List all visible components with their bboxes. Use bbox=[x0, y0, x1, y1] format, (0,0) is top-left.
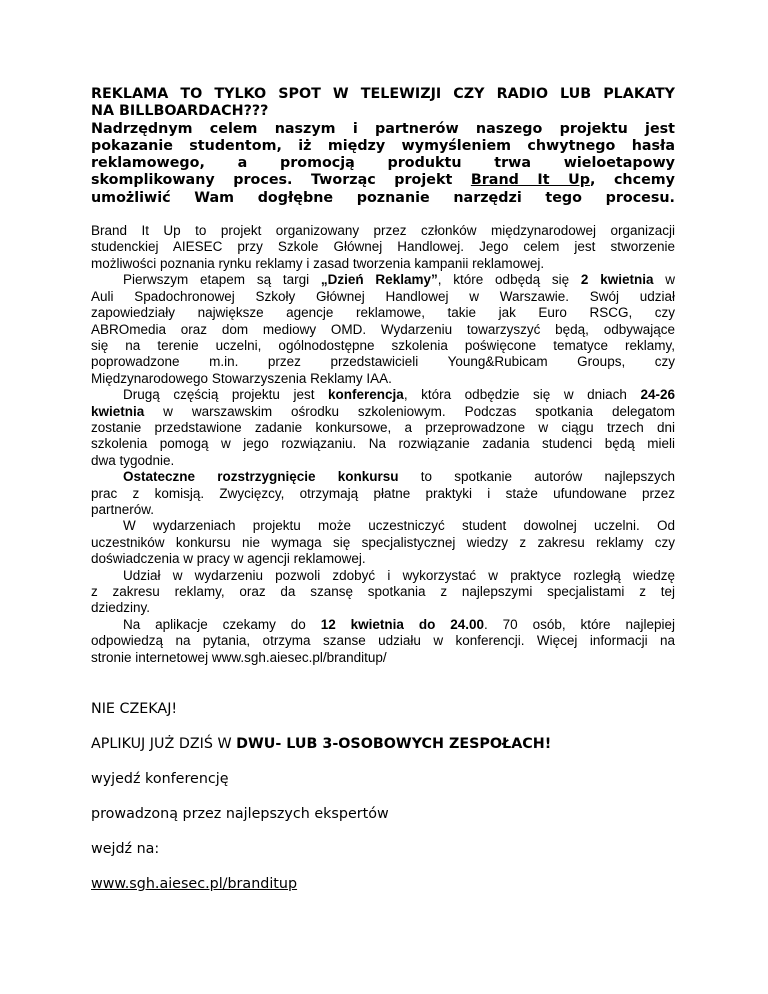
text-segment: „Dzień Reklamy” bbox=[321, 272, 438, 287]
text-segment: dziedziny. bbox=[91, 600, 150, 615]
body-paragraph-aplikacje-line: Na aplikacje czekamy do 12 kwietnia do 2… bbox=[91, 617, 675, 633]
text-segment: Auli Spadochronowej Szkoły Głównej Handl… bbox=[91, 289, 675, 304]
text-segment: zapowiedziały największe agencje reklamo… bbox=[91, 305, 675, 320]
lead-paragraph: Nadrzędnym celem naszym i partnerów nasz… bbox=[91, 121, 675, 207]
body-paragraph-udzial-line: dziedziny. bbox=[91, 600, 675, 616]
body-paragraph-targi-line: Pierwszym etapem są targi „Dzień Reklamy… bbox=[91, 272, 675, 288]
body-paragraph-targi-line: ABROmedia oraz dom mediowy OMD. Wydarzen… bbox=[91, 322, 675, 338]
text-segment: 2 kwietnia bbox=[581, 272, 654, 287]
lead-paragraph-line: umożliwić Wam dogłębne poznanie narzędzi… bbox=[91, 190, 675, 207]
text-segment: ABROmedia oraz dom mediowy OMD. Wydarzen… bbox=[91, 322, 675, 337]
text-segment: W wydarzeniach projektu może uczestniczy… bbox=[123, 518, 675, 533]
text-segment: Ostateczne rozstrzygnięcie konkursu bbox=[123, 469, 399, 484]
body-paragraph-konferencja-line: kwietnia w warszawskim ośrodku szkolenio… bbox=[91, 404, 675, 420]
text-segment: umożliwić Wam dogłębne poznanie narzędzi… bbox=[91, 190, 675, 206]
body-paragraph-udzial-line: Udział w wydarzeniu pozwoli zdobyć i wyk… bbox=[91, 568, 675, 584]
body-paragraph-targi-line: poprowadzone m.in. przez przedstawicieli… bbox=[91, 354, 675, 370]
text-segment: z zakresu reklamy, oraz da szansę spotka… bbox=[91, 584, 675, 599]
text-segment: to spotkanie autorów najlepszych bbox=[399, 469, 675, 484]
body-paragraph-intro-line: Brand It Up to projekt organizowany prze… bbox=[91, 223, 675, 239]
body-paragraph-targi-line: Międzynarodowego Stowarzyszenia Reklamy … bbox=[91, 371, 675, 387]
text-segment: Pierwszym etapem są targi bbox=[123, 272, 321, 287]
body-paragraph-aplikacje-line: odpowiedzą na pytania, otrzyma szanse ud… bbox=[91, 633, 675, 649]
outro-nie-czekaj: NIE CZEKAJ! bbox=[91, 701, 675, 719]
body-paragraph-rozstrzygniecie: Ostateczne rozstrzygnięcie konkursu to s… bbox=[91, 469, 675, 518]
body-paragraph-konferencja-line: Drugą częścią projektu jest konferencja,… bbox=[91, 387, 675, 403]
body-paragraph-aplikacje: Na aplikacje czekamy do 12 kwietnia do 2… bbox=[91, 617, 675, 666]
text-segment: REKLAMA TO TYLKO SPOT W TELEWIZJI CZY RA… bbox=[91, 86, 675, 102]
text-segment: reklamowego, a promocją produktu trwa wi… bbox=[91, 155, 675, 171]
text-segment: Nadrzędnym celem naszym i partnerów nasz… bbox=[91, 121, 675, 137]
body-paragraph-targi-line: zapowiedziały największe agencje reklamo… bbox=[91, 305, 675, 321]
body-paragraph-uczestnictwo: W wydarzeniach projektu może uczestniczy… bbox=[91, 518, 675, 567]
text-segment: możliwości poznania rynku reklamy i zasa… bbox=[91, 256, 544, 271]
text-segment: NIE CZEKAJ! bbox=[91, 701, 177, 717]
body-paragraph-konferencja-line: zostanie przedstawione zadanie konkursow… bbox=[91, 420, 675, 436]
text-segment: prac z komisją. Zwycięzcy, otrzymają pła… bbox=[91, 486, 675, 501]
body-paragraph-uczestnictwo-line: uczestników konkursu nie wymaga się spec… bbox=[91, 535, 675, 551]
body-paragraph-intro: Brand It Up to projekt organizowany prze… bbox=[91, 223, 675, 272]
headline-line: NA BILLBOARDACH??? bbox=[91, 103, 675, 120]
text-segment: Udział w wydarzeniu pozwoli zdobyć i wyk… bbox=[123, 568, 675, 583]
body-paragraph-targi: Pierwszym etapem są targi „Dzień Reklamy… bbox=[91, 272, 675, 387]
text-segment: Na aplikacje czekamy do bbox=[123, 617, 321, 632]
text-segment: się na terenie uczelni, ogólnodostępne s… bbox=[91, 338, 675, 353]
outro-prowadzona: prowadzoną przez najlepszych ekspertów bbox=[91, 806, 675, 824]
lead-paragraph-line: pokazanie studentom, iż między wymyśleni… bbox=[91, 138, 675, 155]
text-segment: , chcemy bbox=[590, 172, 675, 188]
text-segment: , które odbędą się bbox=[438, 272, 581, 287]
text-segment: . 70 osób, które najlepiej bbox=[484, 617, 675, 632]
text-segment: Brand It Up to projekt organizowany prze… bbox=[91, 223, 675, 238]
text-segment: zostanie przedstawione zadanie konkursow… bbox=[91, 420, 675, 435]
text-segment: APLIKUJ JUŻ DZIŚ W bbox=[91, 736, 236, 752]
body-paragraph-intro-line: studenckiej AIESEC przy Szkole Głównej H… bbox=[91, 239, 675, 255]
document-page: REKLAMA TO TYLKO SPOT W TELEWIZJI CZY RA… bbox=[0, 0, 768, 994]
body-paragraph-rozstrzygniecie-line: prac z komisją. Zwycięzcy, otrzymają pła… bbox=[91, 486, 675, 502]
outro-wejdz-na: wejdź na: bbox=[91, 841, 675, 859]
text-segment: kwietnia bbox=[91, 404, 144, 419]
body-paragraph-intro-line: możliwości poznania rynku reklamy i zasa… bbox=[91, 256, 675, 272]
text-segment: stronie internetowej www.sgh.aiesec.pl/b… bbox=[91, 650, 387, 665]
body-paragraph-udzial-line: z zakresu reklamy, oraz da szansę spotka… bbox=[91, 584, 675, 600]
text-segment: Międzynarodowego Stowarzyszenia Reklamy … bbox=[91, 371, 392, 386]
lead-paragraph-line: reklamowego, a promocją produktu trwa wi… bbox=[91, 155, 675, 172]
outro-link-line: www.sgh.aiesec.pl/branditup bbox=[91, 876, 675, 894]
body-paragraph-targi-line: się na terenie uczelni, ogólnodostępne s… bbox=[91, 338, 675, 354]
document-content: REKLAMA TO TYLKO SPOT W TELEWIZJI CZY RA… bbox=[91, 86, 675, 911]
lead-paragraph-line: Nadrzędnym celem naszym i partnerów nasz… bbox=[91, 121, 675, 138]
body-paragraph-udzial: Udział w wydarzeniu pozwoli zdobyć i wyk… bbox=[91, 568, 675, 617]
text-segment: wejdź na: bbox=[91, 841, 159, 857]
body-paragraph-uczestnictwo-line: doświadczenia w pracy w agencji reklamow… bbox=[91, 551, 675, 567]
headline-line: REKLAMA TO TYLKO SPOT W TELEWIZJI CZY RA… bbox=[91, 86, 675, 103]
lead-paragraph-line: skomplikowany proces. Tworząc projekt Br… bbox=[91, 172, 675, 189]
text-segment: konferencja bbox=[328, 387, 404, 402]
text-segment: pokazanie studentom, iż między wymyśleni… bbox=[91, 138, 675, 154]
text-segment: studenckiej AIESEC przy Szkole Głównej H… bbox=[91, 239, 675, 254]
body-paragraph-konferencja-line: dwa tygodnie. bbox=[91, 453, 675, 469]
body-paragraph-aplikacje-line: stronie internetowej www.sgh.aiesec.pl/b… bbox=[91, 650, 675, 666]
body-paragraph-rozstrzygniecie-line: partnerów. bbox=[91, 502, 675, 518]
text-segment: 24-26 bbox=[640, 387, 675, 402]
text-segment: doświadczenia w pracy w agencji reklamow… bbox=[91, 551, 366, 566]
body-paragraph-targi-line: Auli Spadochronowej Szkoły Głównej Handl… bbox=[91, 289, 675, 305]
outro-wyjedz: wyjedź konferencję bbox=[91, 771, 675, 789]
text-segment: szkolenia pomogą w jego rozwiązaniu. Na … bbox=[91, 436, 675, 451]
text-segment: uczestników konkursu nie wymaga się spec… bbox=[91, 535, 675, 550]
body-paragraph-konferencja-line: szkolenia pomogą w jego rozwiązaniu. Na … bbox=[91, 436, 675, 452]
text-segment: 12 kwietnia do 24.00 bbox=[321, 617, 484, 632]
text-segment: w bbox=[653, 272, 675, 287]
text-segment: DWU- LUB 3-OSOBOWYCH ZESPOŁACH! bbox=[236, 736, 551, 752]
text-segment: partnerów. bbox=[91, 502, 154, 517]
body-paragraph-uczestnictwo-line: W wydarzeniach projektu może uczestniczy… bbox=[91, 518, 675, 534]
website-link[interactable]: www.sgh.aiesec.pl/branditup bbox=[91, 876, 297, 892]
body-paragraph-rozstrzygniecie-line: Ostateczne rozstrzygnięcie konkursu to s… bbox=[91, 469, 675, 485]
text-segment: wyjedź konferencję bbox=[91, 771, 229, 787]
text-segment: , która odbędzie się w dniach bbox=[404, 387, 641, 402]
text-segment: dwa tygodnie. bbox=[91, 453, 174, 468]
text-segment: w warszawskim ośrodku szkoleniowym. Podc… bbox=[144, 404, 675, 419]
text-segment: skomplikowany proces. Tworząc projekt bbox=[91, 172, 471, 188]
text-segment: odpowiedzą na pytania, otrzyma szanse ud… bbox=[91, 633, 675, 648]
text-segment: prowadzoną przez najlepszych ekspertów bbox=[91, 806, 389, 822]
text-segment: NA BILLBOARDACH??? bbox=[91, 103, 268, 119]
body-paragraph-konferencja: Drugą częścią projektu jest konferencja,… bbox=[91, 387, 675, 469]
outro-call-to-action: NIE CZEKAJ!APLIKUJ JUŻ DZIŚ W DWU- LUB 3… bbox=[91, 701, 675, 894]
text-segment: Drugą częścią projektu jest bbox=[123, 387, 328, 402]
outro-aplikuj: APLIKUJ JUŻ DZIŚ W DWU- LUB 3-OSOBOWYCH … bbox=[91, 736, 675, 754]
brand-it-up-underline: Brand It Up bbox=[471, 172, 590, 188]
text-segment: poprowadzone m.in. przez przedstawicieli… bbox=[91, 354, 675, 369]
headline: REKLAMA TO TYLKO SPOT W TELEWIZJI CZY RA… bbox=[91, 86, 675, 121]
